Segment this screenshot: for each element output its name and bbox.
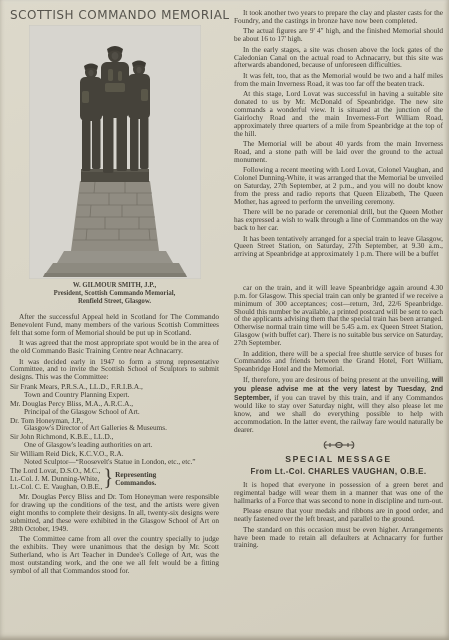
- paragraph: car on the train, and it will leave Spea…: [234, 284, 443, 347]
- representing-names: The Lord Lovat, D.S.O., M.C., Lt.-Col. J…: [10, 467, 103, 491]
- committee-member: Sir John Richmond, K.B.E., LL.D., One of…: [10, 433, 219, 448]
- committee-member: Dr. Tom Honeyman, J.P., Glasgow's Direct…: [10, 417, 219, 432]
- advise-pre: If, therefore, you are desirous of being…: [243, 375, 432, 384]
- left-column: SCOTTISH COMMANDO MEMORIAL: [10, 6, 219, 577]
- committee-member: Sir William Reid Dick, K.C.V.O., R.A. No…: [10, 450, 219, 465]
- paragraph: It was agreed that the most appropriate …: [10, 339, 219, 355]
- paragraph-advise: If, therefore, you are desirous of being…: [234, 376, 443, 434]
- divider-ornament-icon: [322, 440, 356, 450]
- committee-member: Sir Frank Mears, P.R.S.A., LL.D., F.R.I.…: [10, 383, 219, 398]
- representing-label: Representing Commandos.: [115, 471, 156, 487]
- paragraph: Please ensure that your medals and ribbo…: [234, 507, 443, 523]
- paragraph: Following a recent meeting with Lord Lov…: [234, 166, 443, 206]
- committee-member-role: Noted Sculptor—“Roosevelt's Statue in Lo…: [24, 458, 219, 466]
- paragraph: At this stage, Lord Lovat was successful…: [234, 90, 443, 137]
- committee-member-role: Town and Country Planning Expert.: [24, 391, 219, 399]
- paragraph: It is hoped that everyone in possession …: [234, 481, 443, 505]
- paragraph: There will be no parade or ceremonial dr…: [234, 208, 443, 232]
- committee-member-role: Principal of the Glasgow School of Art.: [24, 408, 219, 416]
- committee-member: Mr. Douglas Percy Bliss, M.A., A.R.C.A.,…: [10, 400, 219, 415]
- memorial-statue-photo: [29, 25, 201, 279]
- committee-list: Sir Frank Mears, P.R.S.A., LL.D., F.R.I.…: [10, 383, 219, 465]
- special-message-from: From Lt.-Col. CHARLES VAUGHAN, O.B.E.: [234, 467, 443, 476]
- caption-line: W. GILMOUR SMITH, J.P.,: [10, 282, 219, 290]
- representing-group: The Lord Lovat, D.S.O., M.C., Lt.-Col. J…: [10, 467, 219, 491]
- paragraph: After the successful Appeal held in Scot…: [10, 313, 219, 337]
- paragraph: It has been tentatively arranged for a s…: [234, 235, 443, 259]
- committee-member-role: Glasgow's Director of Art Galleries & Mu…: [24, 424, 219, 432]
- page-title: SCOTTISH COMMANDO MEMORIAL: [10, 8, 219, 22]
- paragraph: The Committee came from all over the cou…: [10, 535, 219, 575]
- special-message-heading: SPECIAL MESSAGE: [234, 454, 443, 464]
- caption-line: Renfield Street, Glasgow.: [10, 298, 219, 306]
- paragraph: It took another two years to prepare the…: [234, 9, 443, 25]
- paragraph: The actual figures are 9' 4" high, and t…: [234, 27, 443, 43]
- representing-label-line: Commandos.: [115, 479, 156, 487]
- paragraph: In addition, there will be a special fre…: [234, 350, 443, 374]
- paragraph: Mr. Douglas Percy Bliss and Dr. Tom Hone…: [10, 493, 219, 533]
- booklet-page: SCOTTISH COMMANDO MEMORIAL: [0, 0, 449, 640]
- right-column: It took another two years to prepare the…: [234, 9, 443, 552]
- caption-line: President, Scottish Commando Memorial,: [10, 290, 219, 298]
- committee-member-role: One of Glasgow's leading authorities on …: [24, 441, 219, 449]
- brace-glyph: }: [104, 474, 114, 483]
- representing-name: Lt.-Col. C. E. Vaughan, O.B.E.,: [10, 483, 103, 491]
- page-fold-gap: [234, 261, 443, 284]
- paragraph: It was felt, too, that as the Memorial w…: [234, 72, 443, 88]
- paragraph: The standard on this occasion must be ev…: [234, 526, 443, 550]
- paragraph: The Memorial will be about 40 yards from…: [234, 140, 443, 164]
- photo-caption: W. GILMOUR SMITH, J.P., President, Scott…: [10, 282, 219, 306]
- paragraph: In the early stages, a site was chosen a…: [234, 46, 443, 70]
- paragraph: It was decided early in 1947 to form a s…: [10, 358, 219, 382]
